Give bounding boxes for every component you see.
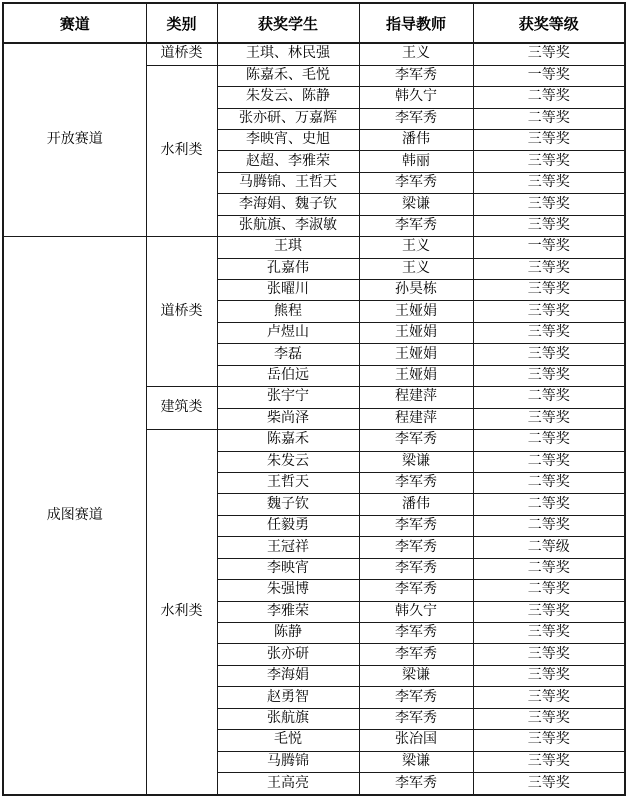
award-cell: 三等奖	[473, 773, 625, 795]
student-cell: 王高亮	[217, 773, 359, 795]
award-cell: 三等奖	[473, 129, 625, 150]
teacher-cell: 王娅娟	[359, 322, 473, 343]
teacher-cell: 李军秀	[359, 558, 473, 579]
student-cell: 王琪、林民强	[217, 43, 359, 65]
award-cell: 三等奖	[473, 151, 625, 172]
student-cell: 马腾锦	[217, 751, 359, 772]
award-cell: 三等奖	[473, 708, 625, 729]
student-cell: 王哲天	[217, 472, 359, 493]
teacher-cell: 李军秀	[359, 472, 473, 493]
track-cell: 成图赛道	[3, 237, 146, 795]
category-cell: 道桥类	[146, 237, 217, 387]
student-cell: 王琪	[217, 237, 359, 258]
category-cell: 水利类	[146, 430, 217, 795]
teacher-cell: 潘伟	[359, 494, 473, 515]
teacher-cell: 王娅娟	[359, 344, 473, 365]
award-cell: 二等奖	[473, 558, 625, 579]
teacher-cell: 潘伟	[359, 129, 473, 150]
student-cell: 魏子钦	[217, 494, 359, 515]
header-row: 赛道 类别 获奖学生 指导教师 获奖等级	[3, 3, 625, 43]
award-cell: 三等奖	[473, 644, 625, 665]
award-cell: 三等奖	[473, 687, 625, 708]
student-cell: 张航旗、李淑敏	[217, 215, 359, 236]
student-cell: 李雅荣	[217, 601, 359, 622]
award-cell: 三等奖	[473, 172, 625, 193]
student-cell: 孔嘉伟	[217, 258, 359, 279]
teacher-cell: 程建萍	[359, 408, 473, 429]
award-cell: 三等奖	[473, 408, 625, 429]
student-cell: 卢煜山	[217, 322, 359, 343]
header-category: 类别	[146, 3, 217, 43]
teacher-cell: 李军秀	[359, 430, 473, 451]
teacher-cell: 王义	[359, 43, 473, 65]
teacher-cell: 梁谦	[359, 665, 473, 686]
student-cell: 李映宵、史旭	[217, 129, 359, 150]
teacher-cell: 李军秀	[359, 644, 473, 665]
teacher-cell: 韩久宁	[359, 601, 473, 622]
award-cell: 三等奖	[473, 280, 625, 301]
award-cell: 三等奖	[473, 258, 625, 279]
award-cell: 三等奖	[473, 301, 625, 322]
teacher-cell: 李军秀	[359, 172, 473, 193]
award-cell: 三等奖	[473, 623, 625, 644]
awards-table-body: 开放赛道道桥类王琪、林民强王义三等奖水利类陈嘉禾、毛悦李军秀一等奖朱发云、陈静韩…	[3, 43, 625, 795]
student-cell: 陈嘉禾	[217, 430, 359, 451]
award-cell: 三等奖	[473, 322, 625, 343]
award-cell: 三等奖	[473, 43, 625, 65]
student-cell: 张亦研、万嘉辉	[217, 108, 359, 129]
student-cell: 赵勇智	[217, 687, 359, 708]
student-cell: 张宇宁	[217, 387, 359, 408]
teacher-cell: 李军秀	[359, 580, 473, 601]
track-cell: 开放赛道	[3, 43, 146, 237]
student-cell: 朱发云、陈静	[217, 87, 359, 108]
teacher-cell: 王娅娟	[359, 301, 473, 322]
teacher-cell: 韩丽	[359, 151, 473, 172]
student-cell: 毛悦	[217, 730, 359, 751]
student-cell: 李映宵	[217, 558, 359, 579]
student-cell: 王冠祥	[217, 537, 359, 558]
header-students: 获奖学生	[217, 3, 359, 43]
teacher-cell: 李军秀	[359, 515, 473, 536]
category-cell: 水利类	[146, 65, 217, 237]
award-cell: 一等奖	[473, 237, 625, 258]
table-row: 成图赛道道桥类王琪王义一等奖	[3, 237, 625, 258]
student-cell: 柴尚泽	[217, 408, 359, 429]
award-cell: 二等奖	[473, 580, 625, 601]
teacher-cell: 程建萍	[359, 387, 473, 408]
teacher-cell: 李军秀	[359, 65, 473, 86]
teacher-cell: 李军秀	[359, 687, 473, 708]
award-cell: 三等奖	[473, 365, 625, 386]
award-cell: 二等奖	[473, 87, 625, 108]
student-cell: 马腾锦、王哲天	[217, 172, 359, 193]
student-cell: 陈静	[217, 623, 359, 644]
page: 赛道 类别 获奖学生 指导教师 获奖等级 开放赛道道桥类王琪、林民强王义三等奖水…	[0, 0, 626, 798]
teacher-cell: 李军秀	[359, 623, 473, 644]
award-cell: 二等奖	[473, 515, 625, 536]
award-cell: 二等奖	[473, 430, 625, 451]
header-teacher: 指导教师	[359, 3, 473, 43]
teacher-cell: 王义	[359, 258, 473, 279]
student-cell: 任毅勇	[217, 515, 359, 536]
teacher-cell: 梁谦	[359, 751, 473, 772]
student-cell: 李海娟	[217, 665, 359, 686]
teacher-cell: 张冶国	[359, 730, 473, 751]
award-cell: 三等奖	[473, 730, 625, 751]
award-cell: 三等奖	[473, 665, 625, 686]
teacher-cell: 李军秀	[359, 108, 473, 129]
header-track: 赛道	[3, 3, 146, 43]
award-cell: 二等奖	[473, 108, 625, 129]
student-cell: 赵超、李雅荣	[217, 151, 359, 172]
award-cell: 三等奖	[473, 344, 625, 365]
awards-table-header: 赛道 类别 获奖学生 指导教师 获奖等级	[3, 3, 625, 43]
category-cell: 建筑类	[146, 387, 217, 430]
teacher-cell: 梁谦	[359, 451, 473, 472]
award-cell: 一等奖	[473, 65, 625, 86]
award-cell: 三等奖	[473, 194, 625, 215]
student-cell: 岳伯远	[217, 365, 359, 386]
student-cell: 李海娟、魏子钦	[217, 194, 359, 215]
teacher-cell: 李军秀	[359, 215, 473, 236]
teacher-cell: 韩久宁	[359, 87, 473, 108]
teacher-cell: 李军秀	[359, 537, 473, 558]
student-cell: 朱发云	[217, 451, 359, 472]
award-cell: 二等奖	[473, 387, 625, 408]
student-cell: 朱强博	[217, 580, 359, 601]
teacher-cell: 李军秀	[359, 708, 473, 729]
teacher-cell: 孙昊栋	[359, 280, 473, 301]
student-cell: 张亦研	[217, 644, 359, 665]
student-cell: 陈嘉禾、毛悦	[217, 65, 359, 86]
awards-table: 赛道 类别 获奖学生 指导教师 获奖等级 开放赛道道桥类王琪、林民强王义三等奖水…	[2, 2, 626, 796]
award-cell: 三等奖	[473, 751, 625, 772]
category-cell: 道桥类	[146, 43, 217, 65]
student-cell: 张曜川	[217, 280, 359, 301]
award-cell: 三等奖	[473, 601, 625, 622]
teacher-cell: 梁谦	[359, 194, 473, 215]
student-cell: 张航旗	[217, 708, 359, 729]
award-cell: 三等奖	[473, 215, 625, 236]
header-award: 获奖等级	[473, 3, 625, 43]
student-cell: 李磊	[217, 344, 359, 365]
award-cell: 二等级	[473, 537, 625, 558]
teacher-cell: 王义	[359, 237, 473, 258]
student-cell: 熊程	[217, 301, 359, 322]
award-cell: 二等奖	[473, 494, 625, 515]
teacher-cell: 王娅娟	[359, 365, 473, 386]
award-cell: 二等奖	[473, 451, 625, 472]
table-row: 开放赛道道桥类王琪、林民强王义三等奖	[3, 43, 625, 65]
teacher-cell: 李军秀	[359, 773, 473, 795]
award-cell: 二等奖	[473, 472, 625, 493]
